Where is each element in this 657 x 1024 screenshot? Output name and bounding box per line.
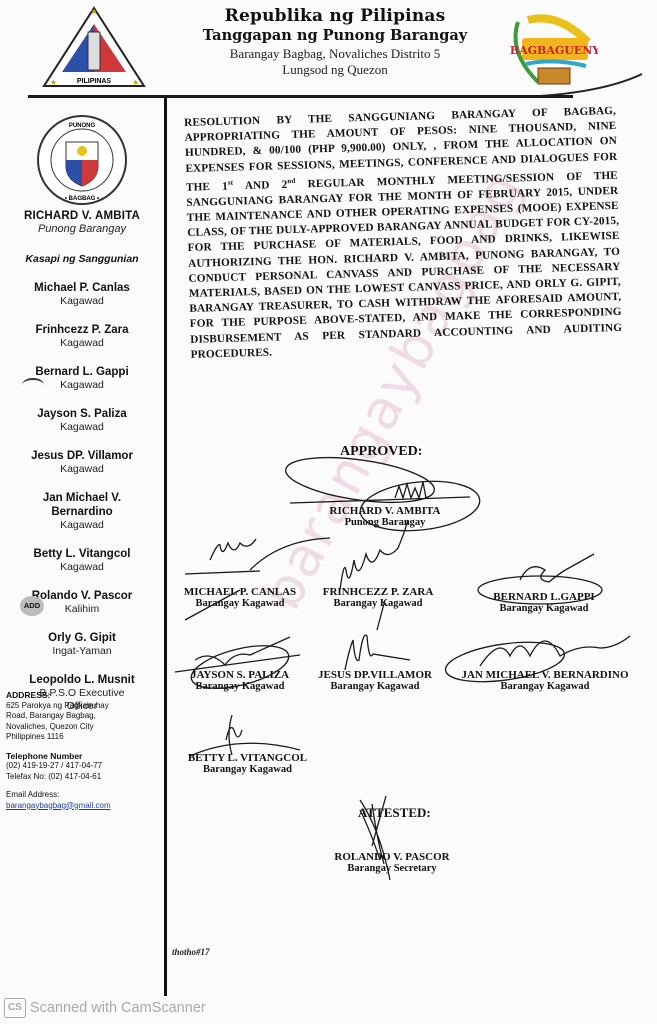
council-member-role: Kagawad	[0, 337, 164, 350]
council-member-name: Jesus DP. Villamor	[0, 449, 164, 463]
signatory-kagawad: BERNARD L.GAPPI Barangay Kagawad	[484, 591, 604, 614]
signatory-punong-barangay: RICHARD V. AMBITA Punong Barangay	[300, 505, 470, 528]
email-link[interactable]: barangaybagbag@gmail.com	[6, 801, 161, 812]
add-badge: ADD	[20, 596, 44, 616]
svg-text:★: ★	[90, 7, 97, 16]
camscanner-logo-icon: CS	[4, 998, 26, 1018]
approved-label: APPROVED:	[340, 444, 422, 460]
council-member: Jayson S. PalizaKagawad	[0, 407, 164, 434]
council-member-name: Jan Michael V. Bernardino	[0, 491, 164, 519]
council-member-name: Jayson S. Paliza	[0, 407, 164, 421]
header-address: Barangay Bagbag, Novaliches Distrito 5	[160, 46, 510, 62]
signatory-kagawad: FRINHCEZZ P. ZARA Barangay Kagawad	[318, 586, 438, 609]
svg-text:• BAGBAG •: • BAGBAG •	[65, 196, 99, 202]
address-line: Road, Barangay Bagbag,	[6, 711, 161, 722]
sidebar: • BAGBAG • PUNONG RICHARD V. AMBITA Puno…	[0, 110, 164, 713]
address-line: Philippines 1116	[6, 732, 161, 743]
signatory-kagawad: MICHAEL P. CANLAS Barangay Kagawad	[180, 586, 300, 609]
council-member-role: Ingat-Yaman	[0, 645, 164, 658]
signatory-kagawad: JAYSON S. PALIZA Barangay Kagawad	[180, 669, 300, 692]
council-member: Frinhcezz P. ZaraKagawad	[0, 323, 164, 350]
address-line: Novaliches, Quezon City	[6, 722, 161, 733]
camscanner-badge: CS Scanned with CamScanner	[4, 998, 206, 1018]
signatory-secretary: ROLANDO V. PASCOR Barangay Secretary	[322, 851, 462, 874]
telefax-number: Telefax No: (02) 417-04-61	[6, 772, 161, 783]
telephone-number: (02) 419-19-27 / 417-04-77	[6, 761, 161, 772]
council-member: Betty L. VitangcolKagawad	[0, 547, 164, 574]
camscanner-label: Scanned with CamScanner	[30, 1000, 206, 1016]
signatory-kagawad: BETTY L. VITANGCOL Barangay Kagawad	[180, 752, 315, 775]
council-member-name: Orly G. Gipit	[0, 631, 164, 645]
resolution-text: Resolution by the Sangguniang Barangay o…	[184, 104, 623, 363]
address-line: 625 Parokya ng Pagkabuhay	[6, 701, 161, 712]
council-member-name: Leopoldo L. Musnit	[0, 673, 164, 687]
council-member-name: Frinhcezz P. Zara	[0, 323, 164, 337]
council-member-role: Kagawad	[0, 519, 164, 532]
sidebar-captain-title: Punong Barangay	[0, 223, 164, 235]
council-member: Jesus DP. VillamorKagawad	[0, 449, 164, 476]
attested-label: ATTESTED:	[358, 805, 431, 821]
address-label: ADDRESS:	[6, 690, 161, 701]
punong-barangay-seal-icon: • BAGBAG • PUNONG	[0, 114, 164, 206]
header-rule	[28, 95, 573, 98]
council-member-name: Bernard L. Gappi	[0, 365, 164, 379]
council-member: Orly G. GipitIngat-Yaman	[0, 631, 164, 658]
svg-text:★: ★	[50, 78, 57, 87]
svg-text:PILIPINAS: PILIPINAS	[77, 78, 112, 85]
contact-block: ADDRESS: 625 Parokya ng Pagkabuhay Road,…	[6, 690, 161, 811]
header-office: Tanggapan ng Punong Barangay	[160, 27, 510, 44]
council-member: Michael P. CanlasKagawad	[0, 281, 164, 308]
header-rule-curve	[520, 60, 650, 100]
signatory-kagawad: JAN MICHAEL V. BERNARDINO Barangay Kagaw…	[455, 669, 635, 692]
quezon-city-seal-icon: PILIPINAS ★ ★ ★	[40, 6, 148, 90]
email-label: Email Address:	[6, 790, 161, 801]
header-city: Lungsod ng Quezon	[160, 62, 510, 78]
telephone-label: Telephone Number	[6, 751, 161, 762]
council-member-role: Kagawad	[0, 463, 164, 476]
sidebar-divider	[164, 96, 167, 996]
sidebar-council-heading: Kasapi ng Sanggunian	[0, 253, 164, 265]
header-republic: Republika ng Pilipinas	[160, 6, 510, 26]
council-member-name: Betty L. Vitangcol	[0, 547, 164, 561]
svg-text:BAGBAGUENY: BAGBAGUENY	[510, 44, 598, 57]
council-member-role: Kagawad	[0, 561, 164, 574]
svg-text:PUNONG: PUNONG	[69, 123, 96, 129]
sidebar-captain-name: RICHARD V. AMBITA	[0, 210, 164, 222]
council-member-role: Kagawad	[0, 421, 164, 434]
council-member-role: Kagawad	[0, 295, 164, 308]
council-member: Jan Michael V. BernardinoKagawad	[0, 491, 164, 532]
svg-text:★: ★	[132, 78, 139, 87]
footer-code: thotho#17	[172, 947, 210, 957]
scan-artifact-curl	[22, 378, 44, 392]
signatory-kagawad: JESUS DP.VILLAMOR Barangay Kagawad	[310, 669, 440, 692]
council-member-name: Michael P. Canlas	[0, 281, 164, 295]
council-member-list: Michael P. CanlasKagawadFrinhcezz P. Zar…	[0, 281, 164, 713]
